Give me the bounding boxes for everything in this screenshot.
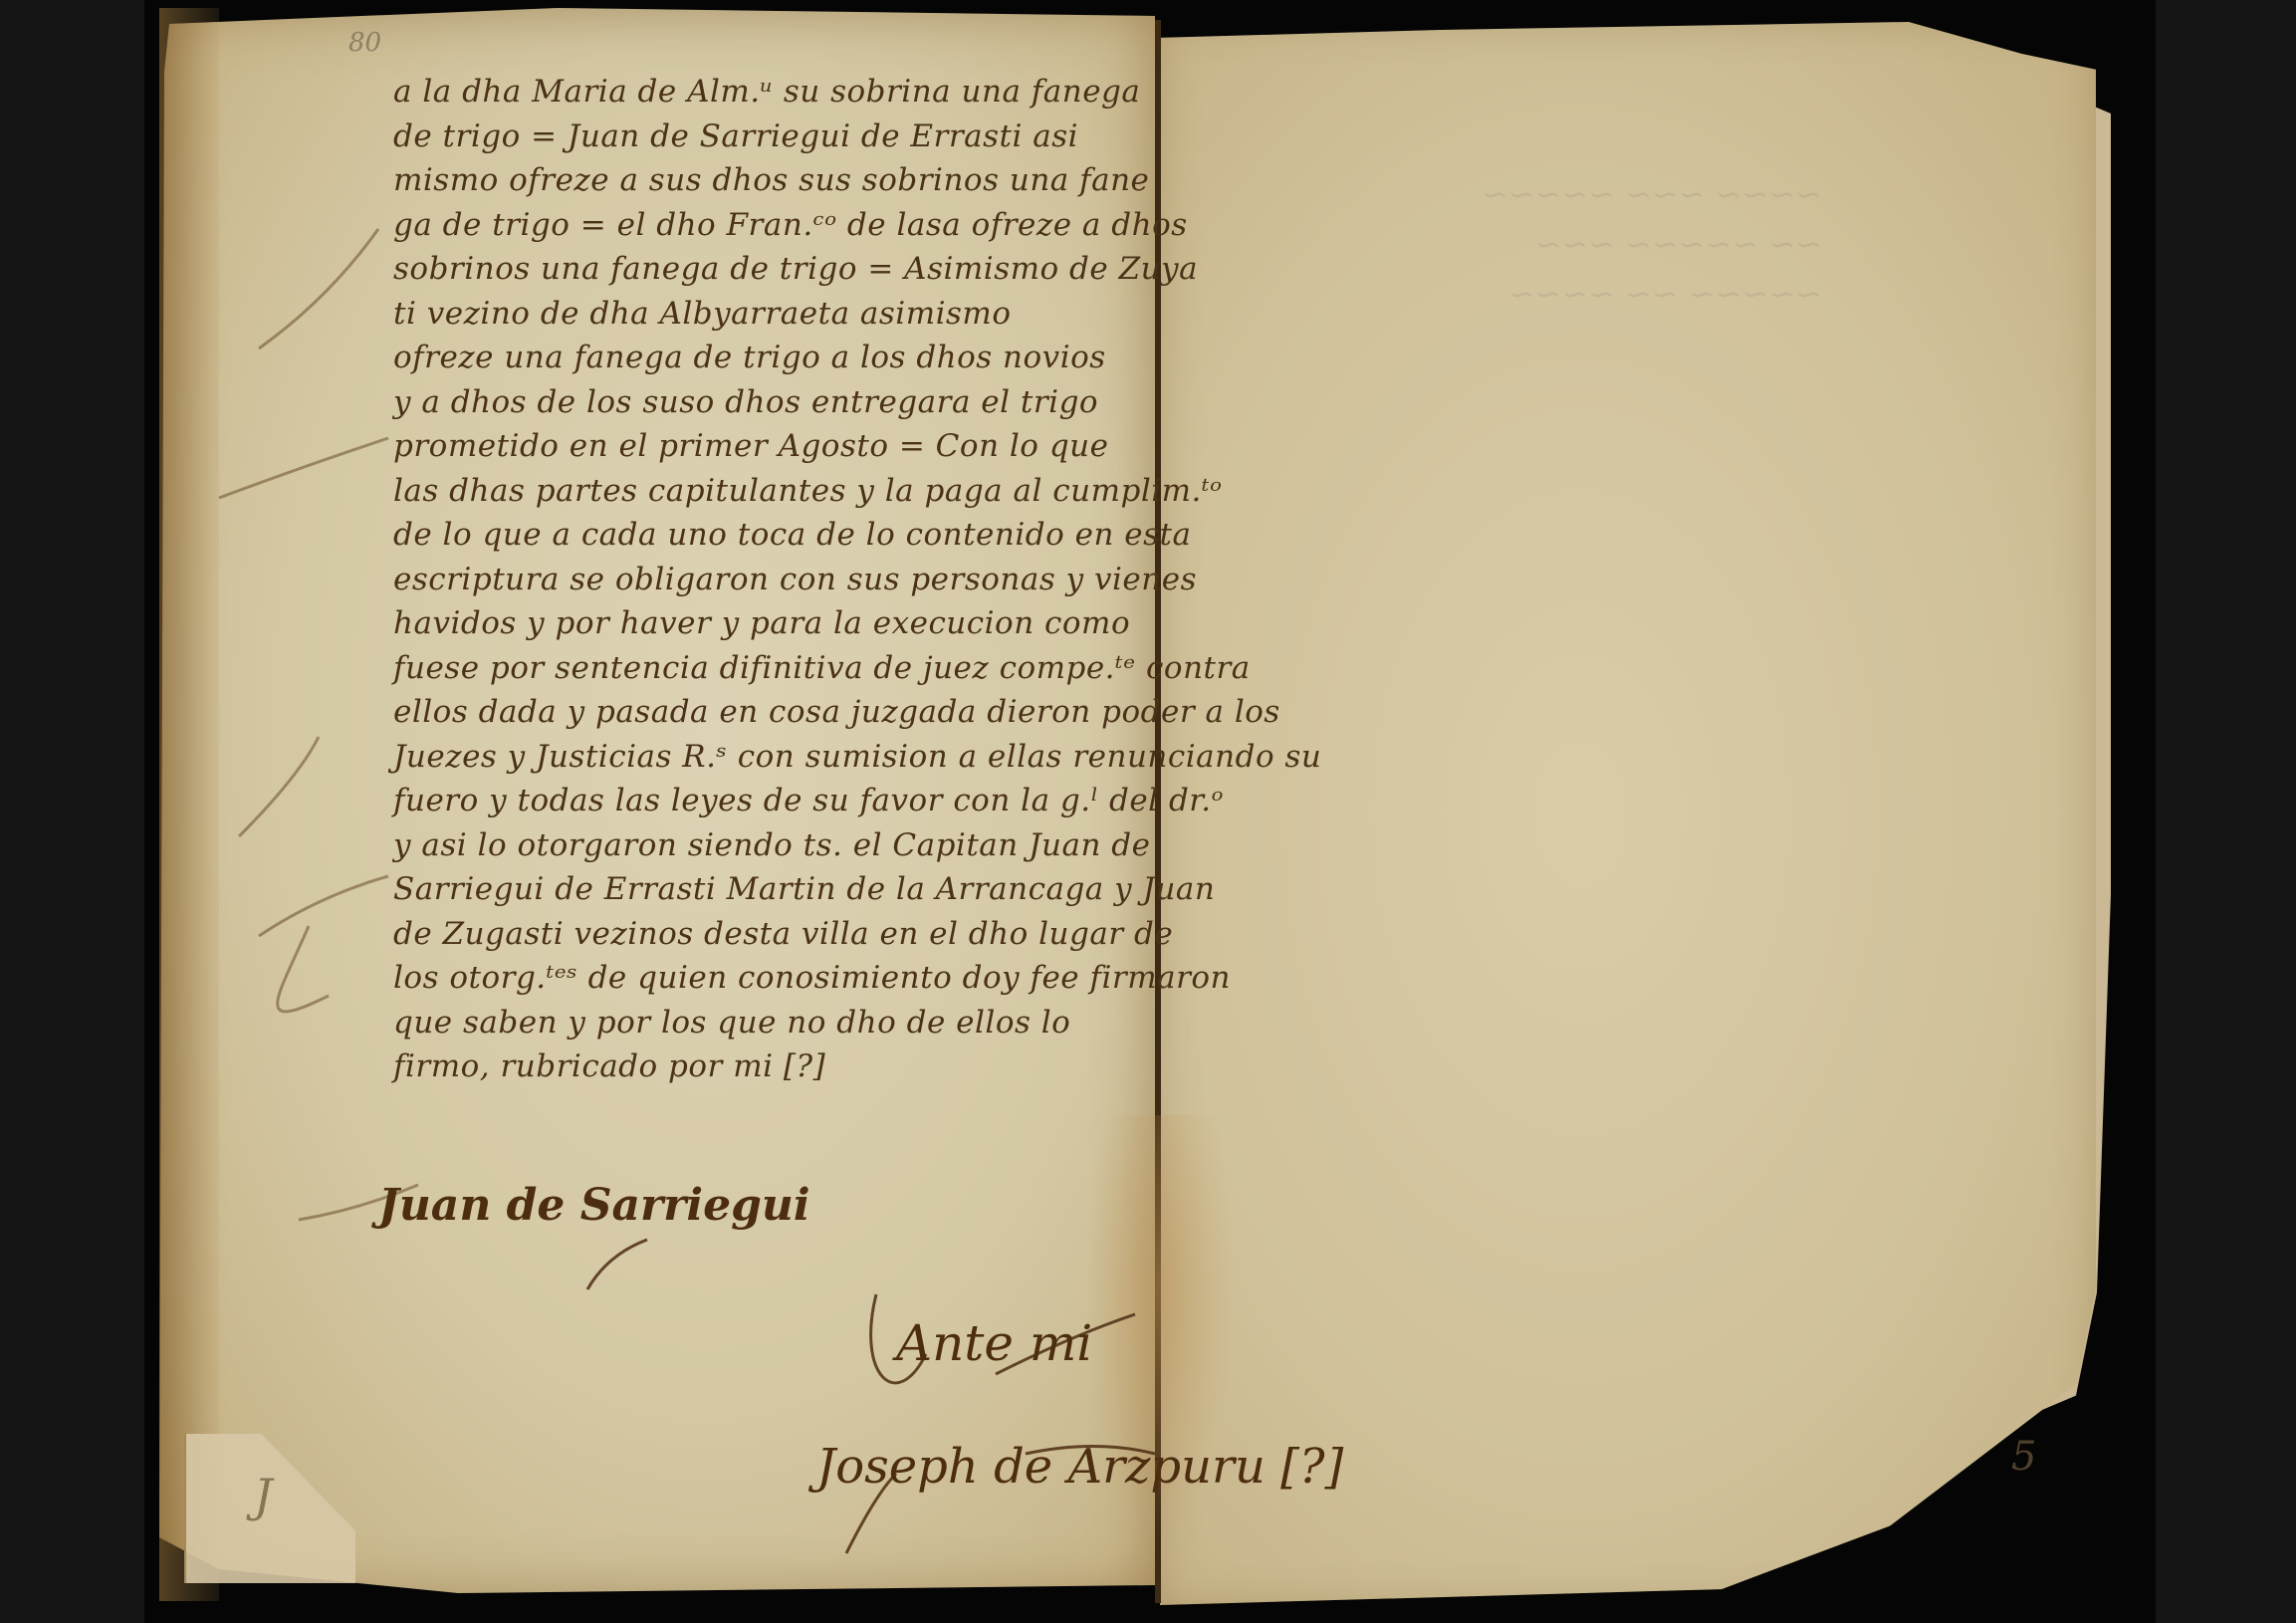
manuscript-line: mismo ofreze a sus dhos sus sobrinos una… bbox=[393, 158, 1170, 203]
manuscript-line: fuero y todas las leyes de su favor con … bbox=[393, 779, 1170, 823]
manuscript-line: prometido en el primer Agosto = Con lo q… bbox=[393, 424, 1170, 469]
manuscript-line: sobrinos una fanega de trigo = Asimismo … bbox=[393, 247, 1170, 292]
folio-number: 80 bbox=[348, 28, 381, 58]
manuscript-line: ofreze una fanega de trigo a los dhos no… bbox=[393, 336, 1170, 380]
corner-mark: J bbox=[254, 1469, 272, 1522]
manuscript-line: fuese por sentencia difinitiva de juez c… bbox=[393, 646, 1170, 691]
manuscript-line: de trigo = Juan de Sarriegui de Errasti … bbox=[393, 115, 1170, 159]
manuscript-line: de Zugasti vezinos desta villa en el dho… bbox=[393, 912, 1170, 957]
signature-juan-de-sarriegui: Juan de Sarriegui bbox=[378, 1180, 810, 1231]
manuscript-line: Juezes y Justicias R.ˢ con sumision a el… bbox=[393, 735, 1170, 780]
manuscript-line: los otorg.ᵗᵉˢ de quien conosimiento doy … bbox=[393, 956, 1170, 1001]
manuscript-line: de lo que a cada uno toca de lo contenid… bbox=[393, 513, 1170, 558]
manuscript-text: a la dha Maria de Alm.ᵘ su sobrina una f… bbox=[393, 70, 1170, 1089]
manuscript-line: Sarriegui de Errasti Martin de la Arranc… bbox=[393, 867, 1170, 912]
manuscript-line: a la dha Maria de Alm.ᵘ su sobrina una f… bbox=[393, 70, 1170, 115]
image-viewer: ~~~~ ~~~ ~~~~~~~ ~~~~~ ~~~~~~~~ ~~ ~~~~ … bbox=[0, 0, 2296, 1623]
manuscript-line: havidos y por haver y para la execucion … bbox=[393, 601, 1170, 646]
right-corner-mark: 5 bbox=[2011, 1434, 2036, 1480]
manuscript-line: escriptura se obligaron con sus personas… bbox=[393, 558, 1170, 602]
manuscript-line: ellos dada y pasada en cosa juzgada dier… bbox=[393, 690, 1170, 735]
left-edge-stain bbox=[159, 8, 219, 1601]
manuscript-line: ga de trigo = el dho Fran.ᶜᵒ de lasa ofr… bbox=[393, 203, 1170, 248]
manuscript-line: las dhas partes capitulantes y la paga a… bbox=[393, 469, 1170, 514]
signature-ante-mi: Ante mi bbox=[896, 1314, 1092, 1372]
manuscript-line: ti vezino de dha Albyarraeta asimismo bbox=[393, 292, 1170, 337]
manuscript-line: y a dhos de los suso dhos entregara el t… bbox=[393, 380, 1170, 425]
manuscript-line: firmo, rubricado por mi [?] bbox=[393, 1044, 1170, 1089]
manuscript-line: que saben y por los que no dho de ellos … bbox=[393, 1001, 1170, 1045]
manuscript-line: y asi lo otorgaron siendo ts. el Capitan… bbox=[393, 823, 1170, 868]
signature-notary: Joseph de Arzpuru [?] bbox=[816, 1439, 1343, 1495]
